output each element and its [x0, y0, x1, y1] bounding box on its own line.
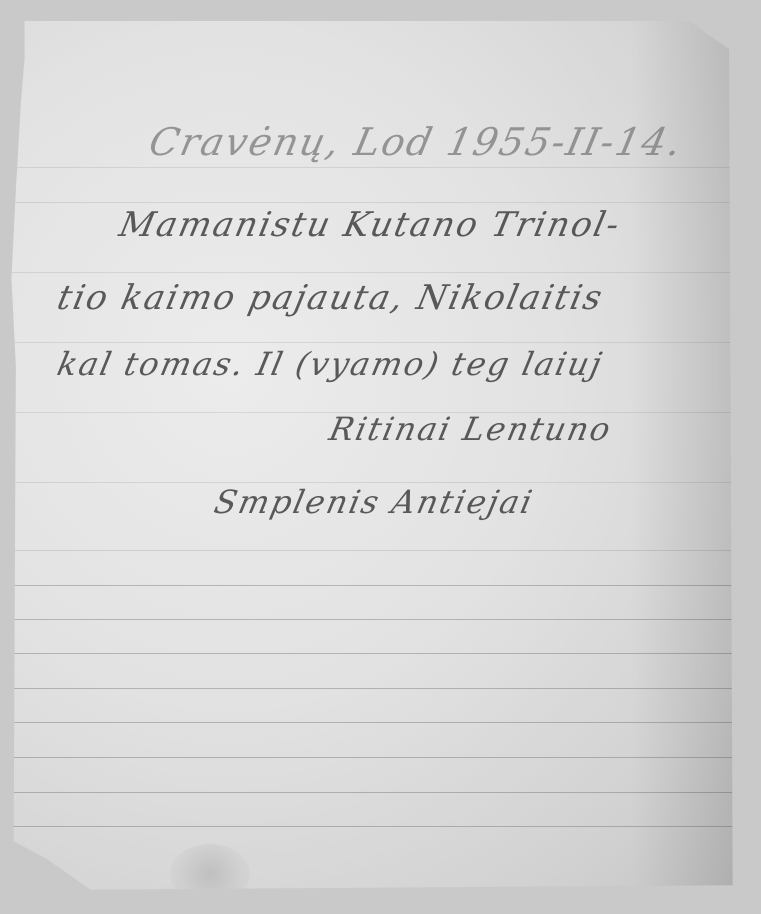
ruled-line: [10, 167, 740, 168]
ruled-line: [10, 619, 740, 620]
date-line: Cravėnų, Lod 1955-II-14.: [145, 120, 687, 164]
handwritten-line-2: Mamanistu Kutano Trinol-: [116, 205, 625, 245]
ruled-line: [10, 826, 740, 827]
ruled-line: [10, 550, 740, 551]
ruled-line: [10, 757, 740, 758]
ruled-line: [10, 585, 740, 586]
handwritten-line-3: tio kaimo pajauta, Nikolaitis: [54, 278, 608, 318]
ruled-line: [10, 722, 740, 723]
handwritten-line-5: Ritinai Lentuno: [326, 410, 616, 448]
ruled-line: [10, 653, 740, 654]
paper-stain: [170, 844, 250, 904]
signature-line: Smplenis Antiejai: [211, 483, 537, 521]
ruled-line: [10, 792, 740, 793]
ruled-line: [10, 272, 740, 273]
ruled-line: [10, 342, 740, 343]
handwritten-line-4: kal tomas. Il (vyamo) teg laiuj: [54, 345, 607, 383]
ruled-line: [10, 688, 740, 689]
ruled-line: [10, 202, 740, 203]
